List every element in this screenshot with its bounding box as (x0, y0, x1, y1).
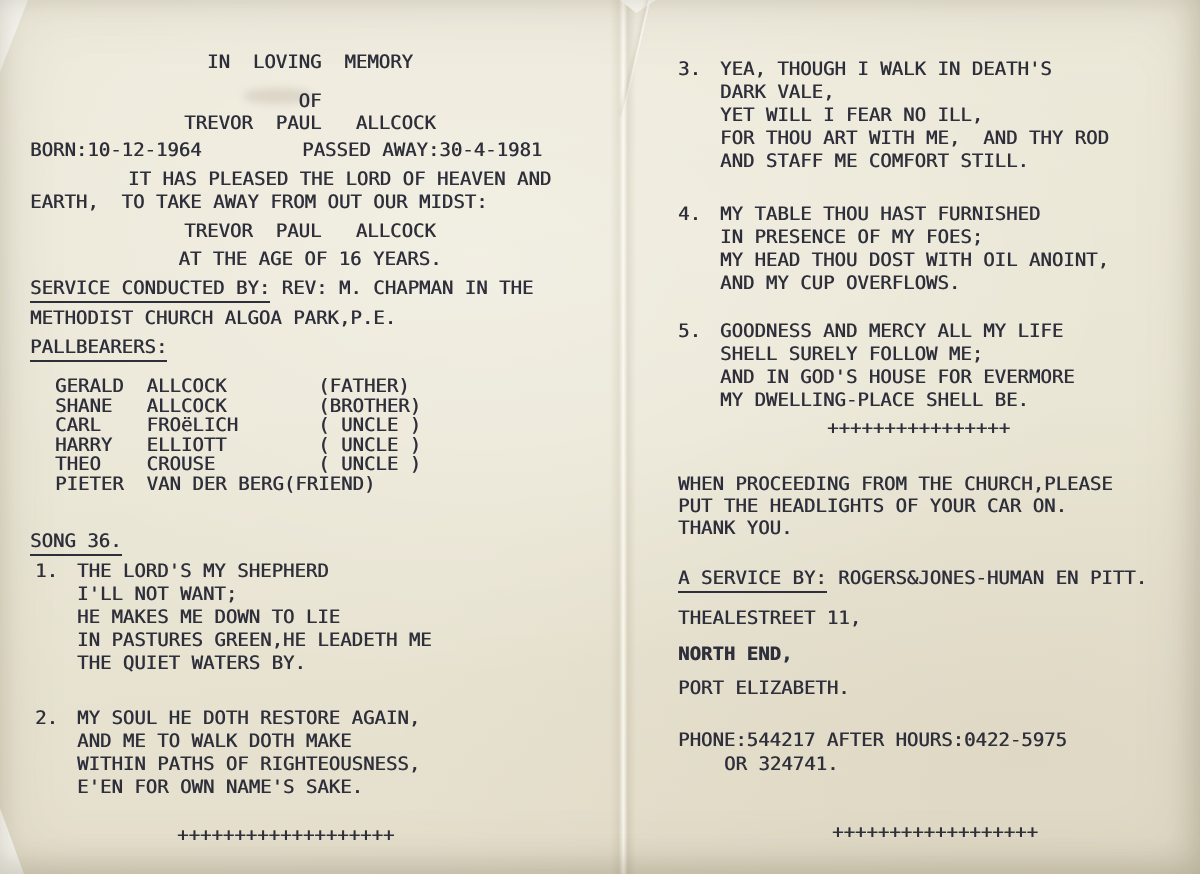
deceased-name: TREVOR PAUL ALLCOCK (30, 112, 590, 135)
service-conducted-rest: REV: M. CHAPMAN IN THE (270, 277, 533, 299)
verse-5-lines: GOODNESS AND MERCY ALL MY LIFE SHELL SUR… (720, 320, 1075, 412)
verse-4-number: 4. (678, 203, 701, 226)
pallbearers-list: GERALD ALLCOCK (FATHER) SHANE ALLCOCK (B… (55, 377, 421, 494)
separator-right-bottom: ++++++++++++++++++ (832, 821, 1038, 844)
verse-4: 4. MY TABLE THOU HAST FURNISHED IN PRESE… (678, 203, 1109, 295)
memorial-card-scan: IN LOVING MEMORY OF TREVOR PAUL ALLCOCK … (0, 0, 1200, 874)
verse-3: 3. YEA, THOUGH I WALK IN DEATH'S DARK VA… (678, 58, 1109, 173)
paper-corner-top-left (0, 0, 28, 72)
center-fold-crease (610, 0, 636, 874)
phone-line: PHONE:544217 AFTER HOURS:0422-5975 OR 32… (678, 728, 1067, 776)
separator-right-mid: ++++++++++++++++ (827, 417, 1010, 440)
verse-1-number: 1. (35, 560, 58, 583)
passed-date: PASSED AWAY:30-4-1981 (302, 139, 542, 162)
deceased-name-repeat: TREVOR PAUL ALLCOCK (30, 220, 590, 243)
verse-5: 5. GOODNESS AND MERCY ALL MY LIFE SHELL … (678, 320, 1075, 412)
address-line-1: THEALESTREET 11, (678, 607, 861, 630)
born-date: BORN:10-12-1964 (30, 139, 202, 162)
verse-4-lines: MY TABLE THOU HAST FURNISHED IN PRESENCE… (720, 203, 1109, 295)
verse-1: 1. THE LORD'S MY SHEPHERD I'LL NOT WANT;… (35, 560, 432, 675)
service-conducted-line: SERVICE CONDUCTED BY: REV: M. CHAPMAN IN… (30, 277, 533, 300)
funeral-home-line: A SERVICE BY: ROGERS&JONES-HUMAN EN PITT… (678, 567, 1147, 590)
service-conducted-label: SERVICE CONDUCTED BY: (30, 277, 270, 303)
verse-3-number: 3. (678, 58, 701, 81)
pallbearers-heading: PALLBEARERS: (30, 336, 167, 359)
headlights-notice: WHEN PROCEEDING FROM THE CHURCH,PLEASE P… (678, 473, 1113, 539)
service-location-line: METHODIST CHURCH ALGOA PARK,P.E. (30, 307, 396, 330)
separator-left-bottom: +++++++++++++++++++ (177, 824, 394, 847)
age-line: AT THE AGE OF 16 YEARS. (30, 248, 590, 271)
memory-heading: IN LOVING MEMORY (30, 51, 590, 74)
top-fold-notch (620, 0, 656, 13)
diagonal-crease (622, 0, 652, 116)
verse-5-number: 5. (678, 320, 701, 343)
paper-corner-bottom-left (0, 808, 24, 874)
song-heading: SONG 36. (30, 530, 122, 553)
address-line-2: NORTH END, (678, 643, 792, 666)
service-by-value: ROGERS&JONES-HUMAN EN PITT. (827, 567, 1147, 589)
of-heading: OF (30, 90, 590, 113)
verse-1-lines: THE LORD'S MY SHEPHERD I'LL NOT WANT; HE… (77, 560, 432, 675)
service-by-label: A SERVICE BY: (678, 567, 827, 593)
verse-2: 2. MY SOUL HE DOTH RESTORE AGAIN, AND ME… (35, 707, 420, 799)
address-line-3: PORT ELIZABETH. (678, 677, 850, 700)
verse-3-lines: YEA, THOUGH I WALK IN DEATH'S DARK VALE,… (720, 58, 1109, 173)
verse-2-lines: MY SOUL HE DOTH RESTORE AGAIN, AND ME TO… (77, 707, 420, 799)
tribute-text: IT HAS PLEASED THE LORD OF HEAVEN AND EA… (30, 168, 605, 214)
verse-2-number: 2. (35, 707, 58, 730)
